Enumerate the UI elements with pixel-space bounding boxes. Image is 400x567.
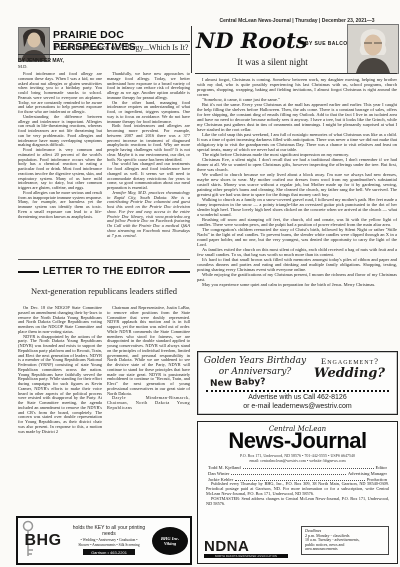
masthead-staff-list: Todd M. Kjelland Editor Dan Winter Adver… xyxy=(208,464,387,483)
prairie-doc-headline: Food Intolerance or Allergy...Which Is I… xyxy=(53,43,190,52)
dotted-rule xyxy=(206,390,389,392)
letter-header: LETTER TO THE EDITOR xyxy=(18,266,190,277)
masthead-title: News-Journal xyxy=(198,428,397,454)
prairie-doc-column-1: Food intolerance and food allergy are co… xyxy=(18,72,102,256)
dotted-leader xyxy=(243,464,374,469)
golden-line1: Golden Years Birthday xyxy=(202,356,308,367)
body-paragraph: As families exited the church on this mo… xyxy=(197,247,397,257)
body-paragraph: Our world has changed and our treatments… xyxy=(107,162,190,191)
dash-rule-right xyxy=(169,271,190,273)
body-paragraph: But it's not the same. Every year Christ… xyxy=(197,102,397,132)
deadline-line: area announcements xyxy=(305,547,385,552)
advertise-with-us-ad: Golden Years Birthday or Anniversary? En… xyxy=(197,351,398,415)
rule xyxy=(18,54,190,55)
bhg-phone-bar: Garrison • 463-2201 xyxy=(83,549,135,555)
bhg-tagline: holds the KEY to all your printing needs xyxy=(68,526,150,537)
ndna-association-banner: NORTH DAKOTA NEWSPAPER ASSOCIATION xyxy=(204,554,288,558)
letter-column-2: Chairman and Representative, Justin LaBa… xyxy=(107,306,190,512)
bhg-services-line1: • Wedding • Anniversary • Graduation • xyxy=(81,538,138,542)
bhg-printing-ad: BHG holds the KEY to all your printing n… xyxy=(16,516,192,565)
body-paragraph: Food allergies can be more serious and r… xyxy=(18,191,102,220)
body-paragraph: Understanding the difference between all… xyxy=(18,115,102,148)
masthead-box: Central McLean News-Journal P.O. Box 171… xyxy=(197,421,398,564)
nd-roots-body: I almost forgot, Christmas is coming. So… xyxy=(197,77,397,347)
engagement-text: Engagement? xyxy=(321,356,379,366)
body-paragraph: Food intolerance and food allergy are co… xyxy=(18,72,102,115)
dotted-leader xyxy=(231,470,346,475)
letter-kicker: LETTER TO THE EDITOR xyxy=(43,266,166,277)
body-paragraph: While enjoying the gratifications of my … xyxy=(197,272,397,282)
letter-headline: Next-generation republicans leaders stif… xyxy=(18,286,190,296)
body-paragraph: It's hard to find that small brown sack … xyxy=(197,257,397,272)
golden-years-text: Golden Years Birthday or Anniversary? xyxy=(202,356,308,377)
staff-role: Editor xyxy=(376,465,387,471)
body-paragraph: On Dec. 18 the NDGOP State Committee pas… xyxy=(18,306,102,335)
body-paragraph: Like the cold snap this past weekend, I … xyxy=(197,132,397,152)
letter-signature: Daryle Mindeman-Bismarck, Chairman, Nort… xyxy=(107,396,190,410)
body-paragraph: We walked to church because we only live… xyxy=(197,172,397,197)
body-paragraph: The congregation's children reenacted th… xyxy=(197,227,397,247)
wedding-text: Wedding? xyxy=(314,366,385,381)
body-paragraph: Both food intolerances and allergies are… xyxy=(107,124,190,162)
portrait-photo-icon xyxy=(19,28,49,61)
masthead-contact: email: centralmclean@westriv.com • websi… xyxy=(198,458,397,463)
bhg-logo-text: BHG xyxy=(24,532,61,550)
body-paragraph: Christmas Eve, a silent night. I don't r… xyxy=(197,157,397,172)
author-photo-jennifer-may xyxy=(18,27,50,62)
body-paragraph: Thankfully, we have new approaches to ma… xyxy=(107,72,190,101)
nd-roots-byline: BY SUE BALCOM xyxy=(305,41,352,47)
nd-roots-headline: It was a silent night xyxy=(210,57,335,67)
body-paragraph: May you experience some quiet and calm i… xyxy=(197,282,397,287)
letter-column-1: On Dec. 18 the NDGOP State Committee pas… xyxy=(18,306,102,512)
bhg-badge-area: BHG Inc. Viking xyxy=(150,518,190,563)
bhg-logo-area: BHG xyxy=(18,518,68,563)
postmaster-paragraph: POSTMASTER: Send address changes to Cent… xyxy=(206,497,389,507)
new-baby-text: New Baby? xyxy=(210,377,266,389)
author-bio-note: Jennifer May, M.D. practices rheumatolog… xyxy=(107,191,190,239)
newspaper-page: Central McLean News-Journal | Thursday |… xyxy=(0,0,400,567)
advertise-contact-phone: Advertise with us Call 462-8126 xyxy=(198,394,397,401)
body-paragraph: On the other hand, managing food intoler… xyxy=(107,101,190,125)
body-paragraph: NDYR is disappointed by the actions of t… xyxy=(18,335,102,435)
golden-line2: or Anniversary? xyxy=(202,367,308,378)
rule xyxy=(53,41,190,42)
portrait-photo-icon xyxy=(348,25,398,73)
nd-roots-title: ND Roots xyxy=(196,28,308,53)
masthead-publication-info: Published every Thursday by BHG, Inc., P… xyxy=(206,482,389,508)
author-photo-sue-balcom xyxy=(347,24,399,74)
ndna-logo-text: NDNA xyxy=(204,540,288,554)
bhg-services-line2: Shower • Announcements • Silk Screening xyxy=(78,543,139,547)
body-paragraph: Walking to church as a family on a snow-… xyxy=(197,197,397,217)
deadlines-box: Deadlines 2 p.m. Monday - classifieds 10… xyxy=(301,526,389,555)
advertise-contact-email: or e-mail leadernews@westriv.com xyxy=(198,403,397,410)
staff-name: Dan Winter xyxy=(208,471,229,477)
body-paragraph: I almost forgot, Christmas is coming. So… xyxy=(197,77,397,97)
vertical-divider xyxy=(191,26,192,73)
body-paragraph: Chairman and Representative, Justin LaBa… xyxy=(107,306,190,396)
rule xyxy=(195,73,397,74)
bhg-ad-copy: holds the KEY to all your printing needs… xyxy=(68,518,150,563)
publication-paragraph: Published every Thursday by BHG, Inc., P… xyxy=(206,482,389,496)
prairie-doc-column-2: Thankfully, we have new approaches to ma… xyxy=(107,72,190,256)
ndna-logo: NDNA NORTH DAKOTA NEWSPAPER ASSOCIATION xyxy=(204,540,288,558)
bhg-oval-badge: BHG Inc. Viking xyxy=(152,527,188,555)
body-paragraph: Brushing off snow and stamping off feet,… xyxy=(197,217,397,227)
bhg-badge-line2: Viking xyxy=(164,541,176,546)
body-paragraph: Food intolerance is very common and esti… xyxy=(18,148,102,191)
section-divider xyxy=(18,259,190,260)
dash-rule-left xyxy=(18,271,39,273)
prairie-doc-byline-degree: M.D. xyxy=(18,64,28,69)
